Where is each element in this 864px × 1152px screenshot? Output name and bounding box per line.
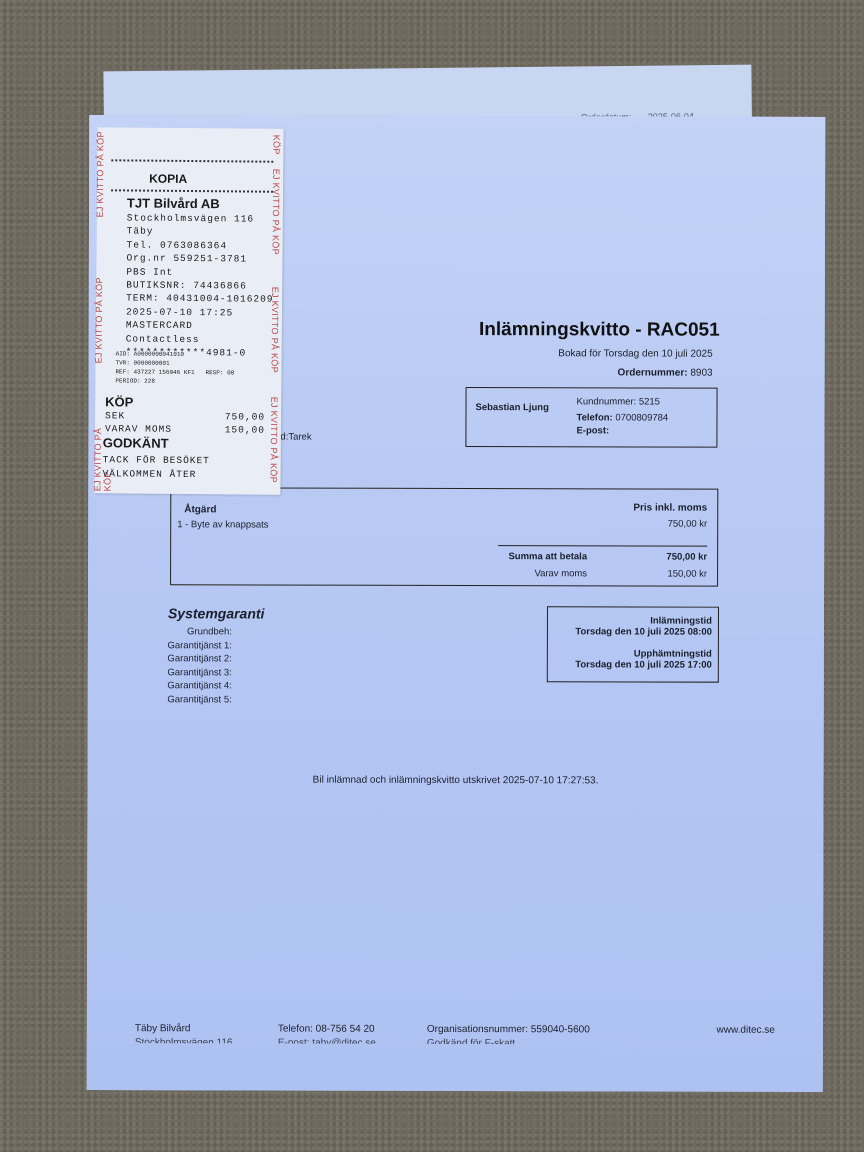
welcome-line: VÄLKOMMEN ÅTER bbox=[103, 467, 210, 482]
warranty-list: Grundbeh: Garantitjänst 1: Garantitjänst… bbox=[160, 625, 232, 706]
receipt-details: Stockholmsvägen 116TäbyTel. 0763086364Or… bbox=[126, 211, 275, 360]
vat-value: 150,00 kr bbox=[667, 569, 707, 580]
total-divider bbox=[498, 545, 707, 547]
warranty-row: Garantitjänst 5: bbox=[160, 693, 232, 707]
receipt-thanks: TACK FÖR BESÖKETVÄLKOMMEN ÅTER bbox=[103, 453, 210, 482]
customer-email-label: E-post: bbox=[576, 425, 609, 436]
items-table: Åtgärd Pris inkl. moms 1 - Byte av knapp… bbox=[170, 487, 718, 586]
customer-phone-value: 0700809784 bbox=[615, 412, 668, 423]
currency-label: SEK bbox=[105, 410, 125, 421]
customer-phone-label: Telefon: bbox=[576, 412, 612, 423]
side-stamp: EJ KVITTO PÅ KÖP bbox=[94, 277, 105, 363]
thanks-line: TACK FÖR BESÖKET bbox=[103, 453, 210, 468]
receipt-vat-amount: 150,00 bbox=[225, 424, 265, 435]
warranty-row: Garantitjänst 1: bbox=[160, 639, 232, 653]
warranty-row: Garantitjänst 4: bbox=[160, 679, 232, 693]
order-number: Ordernummer: 8903 bbox=[618, 367, 713, 378]
customer-box: Sebastian Ljung Kundnummer: 5215 Telefon… bbox=[465, 387, 717, 448]
footer-website: www.ditec.se bbox=[717, 1024, 775, 1038]
footer-address: Stockholmsvägen 116 bbox=[135, 1036, 233, 1043]
receipt-acquirer: PBS Int bbox=[126, 265, 274, 280]
warranty-row: Grundbeh: bbox=[160, 625, 232, 639]
order-number-label: Ordernummer: bbox=[618, 367, 688, 378]
dropoff-label: Inlämningstid bbox=[548, 615, 718, 626]
dotted-divider bbox=[111, 189, 273, 192]
receipt-datetime: 2025-07-10 17:25 bbox=[126, 305, 274, 320]
receipt-tech-details: AID: A0000000041010TVR: 0000000001REF: 4… bbox=[115, 349, 234, 386]
document-title: Inlämningskvitto - RAC051 bbox=[479, 319, 720, 342]
receipt-amount-row: SEK 750,00 bbox=[105, 410, 265, 422]
receipt-card-mode: Contactless bbox=[126, 332, 274, 347]
side-stamp: EJ KVITTO PÅ KÖP bbox=[269, 397, 280, 483]
receipt-vat-row: VARAV MOMS 150,00 bbox=[105, 423, 265, 435]
warranty-row: Garantitjänst 2: bbox=[160, 652, 232, 666]
warranty-title: Systemgaranti bbox=[168, 605, 265, 621]
receipt-terminal: TERM: 40431004-1016209 bbox=[126, 292, 274, 307]
footer-org-number: Organisationsnummer: 559040-5600 bbox=[427, 1023, 590, 1037]
receipt-address: Stockholmsvägen 116 bbox=[127, 211, 275, 226]
times-box: Inlämningstid Torsdag den 10 juli 2025 0… bbox=[547, 606, 719, 682]
pickup-label: Upphämtningstid bbox=[548, 648, 718, 659]
total-value: 750,00 kr bbox=[666, 552, 707, 563]
booked-for: Bokad för Torsdag den 10 juli 2025 bbox=[558, 348, 712, 359]
receipt-org-nr: Org.nr 559251-3781 bbox=[126, 252, 274, 267]
footer-tax-status: Godkänd för F-skatt bbox=[427, 1037, 590, 1044]
customer-phone: Telefon: 0700809784 bbox=[576, 412, 668, 423]
customer-number-value: 5215 bbox=[639, 396, 660, 407]
purchase-label: KÖP bbox=[105, 394, 133, 409]
receipt-vat-label: VARAV MOMS bbox=[105, 423, 172, 435]
item-description: 1 - Byte av knappsats bbox=[177, 519, 268, 530]
receipt-company: TJT Bilvård AB bbox=[127, 195, 220, 211]
customer-number-label: Kundnummer: bbox=[577, 396, 637, 407]
customer-name: Sebastian Ljung bbox=[475, 402, 548, 413]
receipt-amount: 750,00 bbox=[225, 411, 265, 422]
footer-company: Täby Bilvård bbox=[135, 1022, 233, 1036]
column-header-action: Åtgärd bbox=[184, 504, 216, 515]
document-footer: Täby Bilvård Stockholmsvägen 116 Telefon… bbox=[135, 1022, 775, 1024]
footer-phone: Telefon: 08-756 54 20 bbox=[278, 1023, 376, 1037]
column-header-price: Pris inkl. moms bbox=[633, 502, 707, 513]
handled-by: d:Tarek bbox=[280, 432, 311, 443]
receipt-phone: Tel. 0763086364 bbox=[127, 238, 275, 253]
total-label: Summa att betala bbox=[508, 551, 587, 562]
dotted-divider bbox=[111, 159, 273, 162]
printed-note: Bil inlämnad och inlämningskvitto utskri… bbox=[88, 774, 824, 787]
pickup-time: Torsdag den 10 juli 2025 17:00 bbox=[548, 659, 718, 670]
footer-contact-col: Telefon: 08-756 54 20 E-post: taby@ditec… bbox=[278, 1023, 376, 1044]
receipt-period: PERIOD: 228 bbox=[115, 376, 234, 386]
side-stamp: EJ KVITTO PÅ KÖP bbox=[95, 131, 106, 217]
card-payment-receipt: EJ KVITTO PÅ KÖP EJ KVITTO PÅ KÖP EJ KVI… bbox=[94, 127, 283, 495]
footer-org-col: Organisationsnummer: 559040-5600 Godkänd… bbox=[427, 1023, 590, 1044]
footer-email: E-post: taby@ditec.se bbox=[278, 1037, 376, 1044]
customer-email: E-post: bbox=[576, 425, 609, 436]
customer-number: Kundnummer: 5215 bbox=[577, 396, 660, 407]
footer-company-col: Täby Bilvård Stockholmsvägen 116 bbox=[135, 1022, 233, 1043]
item-price: 750,00 kr bbox=[668, 519, 708, 530]
vat-label: Varav moms bbox=[534, 568, 587, 579]
receipt-store-nr: BUTIKSNR: 74436866 bbox=[126, 278, 274, 293]
warranty-row: Garantitjänst 3: bbox=[160, 666, 232, 680]
receipt-card-type: MASTERCARD bbox=[126, 319, 274, 334]
order-number-value: 8903 bbox=[690, 368, 712, 379]
approved-label: GODKÄNT bbox=[103, 435, 169, 451]
side-stamp: KÖP bbox=[271, 135, 281, 159]
copy-label: KOPIA bbox=[149, 172, 187, 186]
dropoff-time: Torsdag den 10 juli 2025 08:00 bbox=[548, 626, 718, 637]
receipt-city: Täby bbox=[127, 225, 275, 240]
